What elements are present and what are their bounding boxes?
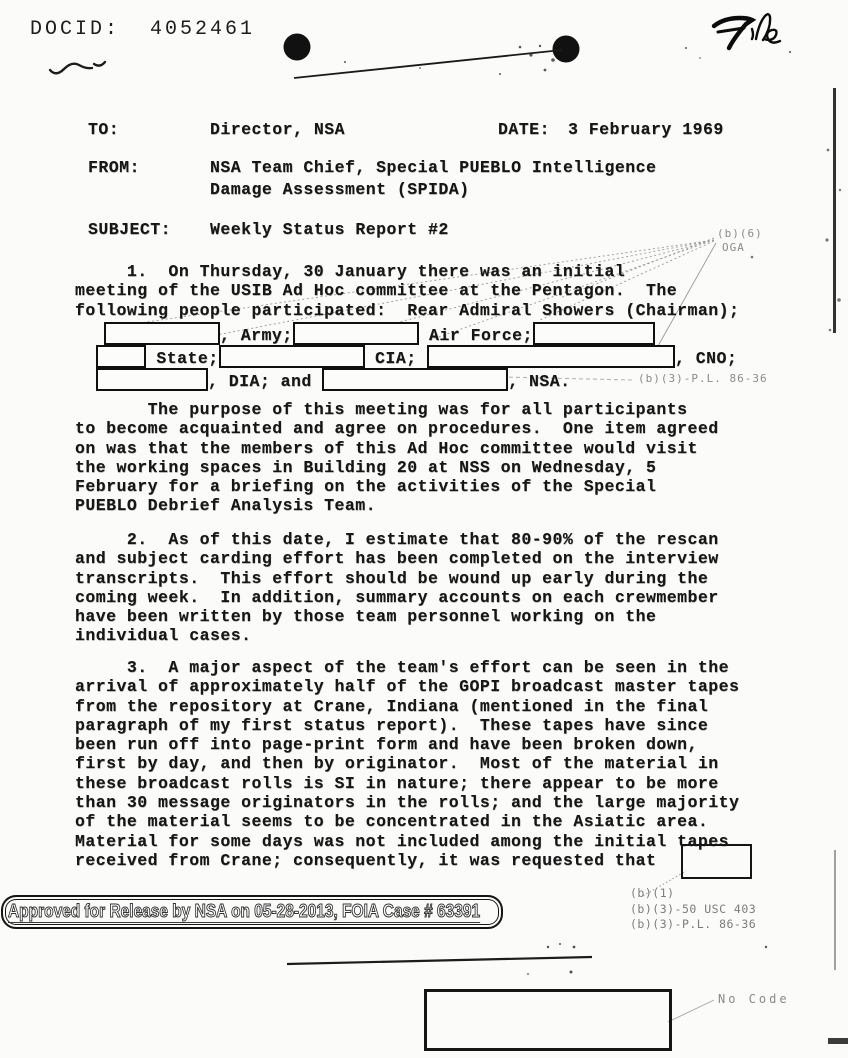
pl-86-36-annotation: (b)(3)-P.L. 86-36 [638, 372, 768, 385]
no-code-annotation: No Code [718, 992, 790, 1006]
redaction-box [681, 844, 752, 879]
exemption-code: (b)(3)-P.L. 86-36 [630, 917, 756, 933]
header-from-label: FROM: [88, 158, 140, 177]
redaction-row-text: , Army; [220, 326, 293, 345]
redaction-row-text: , DIA; and [208, 372, 322, 391]
exemption-code: (b)(3)-50 USC 403 [630, 902, 756, 918]
redaction-box [219, 345, 365, 368]
redaction-box [533, 322, 655, 345]
redaction-row-text: , NSA. [508, 372, 570, 391]
redaction-box [427, 345, 675, 368]
header-from-value-2: Damage Assessment (SPIDA) [210, 180, 470, 199]
header-subject-label: SUBJECT: [88, 220, 171, 239]
header-date-value: 3 February 1969 [568, 120, 724, 139]
redaction-box [96, 368, 208, 391]
redaction-row-text: Air Force; [419, 326, 533, 345]
redaction-row: , DIA; and , NSA. [96, 368, 571, 394]
paragraph-1-intro: 1. On Thursday, 30 January there was an … [75, 262, 739, 320]
exemption-list: (b)(1)(b)(3)-50 USC 403(b)(3)-P.L. 86-36 [630, 886, 756, 933]
paragraph-2: 2. As of this date, I estimate that 80-9… [75, 530, 719, 646]
paragraph-1-continued: The purpose of this meeting was for all … [75, 400, 719, 516]
docid-text: DOCID: 4052461 [30, 18, 255, 41]
redaction-box [424, 989, 672, 1051]
oga-annotation: OGA [722, 241, 745, 254]
release-stamp-text: Approved for Release by NSA on 05-28-201… [8, 901, 480, 923]
pen-squiggle [50, 62, 105, 73]
paragraph-3: 3. A major aspect of the team's effort c… [75, 658, 739, 870]
redaction-row-text: , CNO; [675, 349, 737, 368]
redaction-box [322, 368, 508, 391]
release-stamp: Approved for Release by NSA on 05-28-201… [1, 895, 503, 929]
separator-specks [527, 943, 767, 975]
redaction-box [96, 345, 146, 368]
no-code-leader [668, 1000, 714, 1022]
exemption-code: (b)(1) [630, 886, 756, 902]
bottom-separator-line [287, 957, 592, 964]
header-to-label: TO: [88, 120, 119, 139]
redaction-row-text: State; [146, 349, 219, 368]
staple-mark [284, 34, 580, 79]
b6-annotation: (b)(6) [717, 227, 763, 240]
redaction-box [293, 322, 419, 345]
scanned-memo-page: DOCID: 4052461 File TO: Director, NSA DA… [0, 0, 848, 1058]
header-date-label: DATE: [498, 120, 550, 139]
header-subject-value: Weekly Status Report #2 [210, 220, 449, 239]
header-to-value: Director, NSA [210, 120, 345, 139]
redaction-row-text: CIA; [365, 349, 427, 368]
header-from-value-1: NSA Team Chief, Special PUEBLO Intellige… [210, 158, 656, 177]
redaction-box [104, 322, 220, 345]
